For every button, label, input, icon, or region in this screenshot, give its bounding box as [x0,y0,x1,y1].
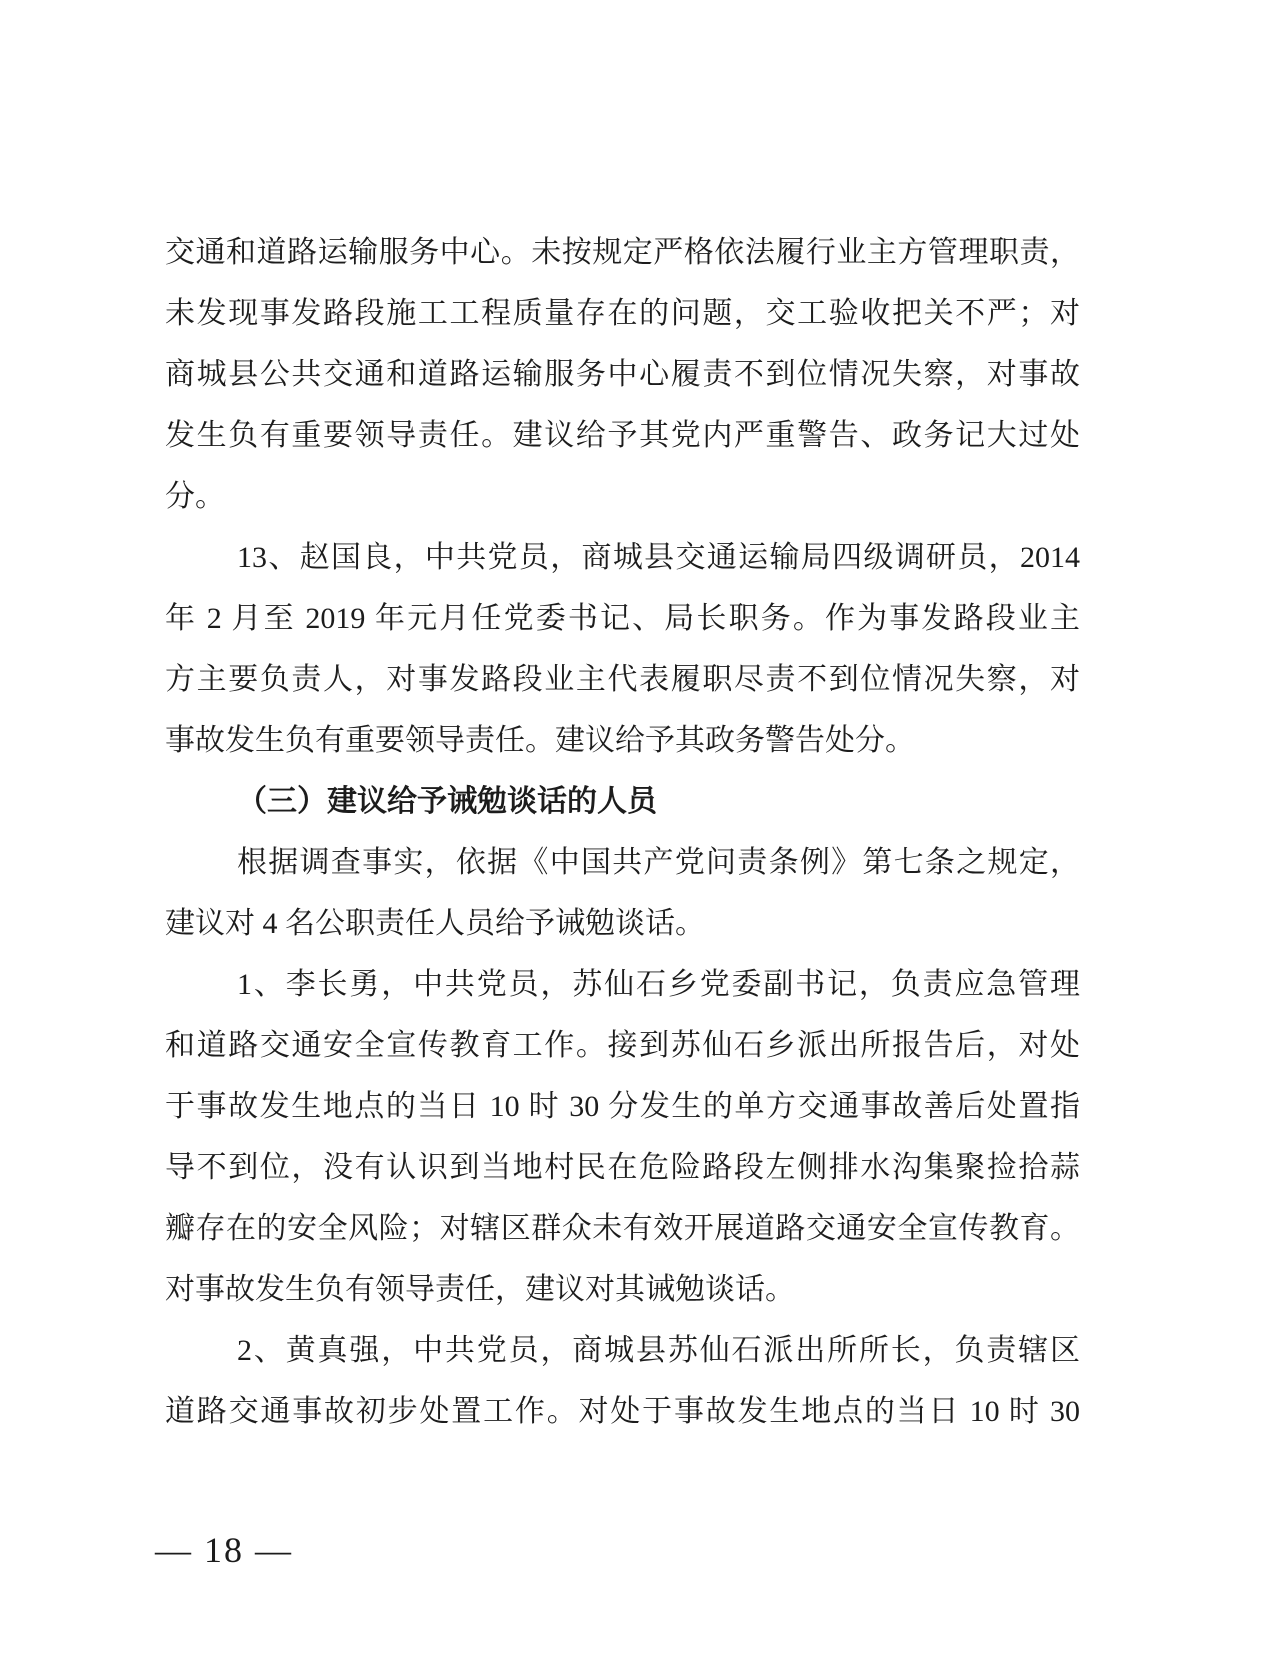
text-line: 未发现事发路段施工工程质量存在的问题，交工验收把关不严；对 [165,283,1080,344]
section-heading: （三）建议给予诫勉谈话的人员 [165,771,1080,832]
text-line: 导不到位，没有认识到当地村民在危险路段左侧排水沟集聚捡拾蒜 [165,1137,1080,1198]
text-line: 根据调查事实，依据《中国共产党问责条例》第七条之规定， [165,832,1080,893]
text-line: 方主要负责人，对事发路段业主代表履职尽责不到位情况失察，对 [165,649,1080,710]
text-line: 商城县公共交通和道路运输服务中心履责不到位情况失察，对事故 [165,344,1080,405]
document-page: 交通和道路运输服务中心。未按规定严格依法履行业主方管理职责，未发现事发路段施工工… [0,0,1280,1656]
text-line: 建议对 4 名公职责任人员给予诫勉谈话。 [165,893,1080,954]
text-line: 道路交通事故初步处置工作。对处于事故发生地点的当日 10 时 30 [165,1381,1080,1442]
text-line: 发生负有重要领导责任。建议给予其党内严重警告、政务记大过处 [165,405,1080,466]
text-line: 年 2 月至 2019 年元月任党委书记、局长职务。作为事发路段业主 [165,588,1080,649]
text-line: 和道路交通安全宣传教育工作。接到苏仙石乡派出所报告后，对处 [165,1015,1080,1076]
text-line: 交通和道路运输服务中心。未按规定严格依法履行业主方管理职责， [165,222,1080,283]
document-body: 交通和道路运输服务中心。未按规定严格依法履行业主方管理职责，未发现事发路段施工工… [165,222,1080,1442]
text-line: 2、黄真强，中共党员，商城县苏仙石派出所所长，负责辖区 [165,1320,1080,1381]
text-line: 于事故发生地点的当日 10 时 30 分发生的单方交通事故善后处置指 [165,1076,1080,1137]
text-line: 瓣存在的安全风险；对辖区群众未有效开展道路交通安全宣传教育。 [165,1198,1080,1259]
text-line: 分。 [165,466,1080,527]
text-line: 对事故发生负有领导责任，建议对其诫勉谈话。 [165,1259,1080,1320]
text-line: 13、赵国良，中共党员，商城县交通运输局四级调研员，2014 [165,527,1080,588]
page-number: — 18 — [155,1528,293,1572]
text-line: 事故发生负有重要领导责任。建议给予其政务警告处分。 [165,710,1080,771]
text-line: 1、李长勇，中共党员，苏仙石乡党委副书记，负责应急管理 [165,954,1080,1015]
